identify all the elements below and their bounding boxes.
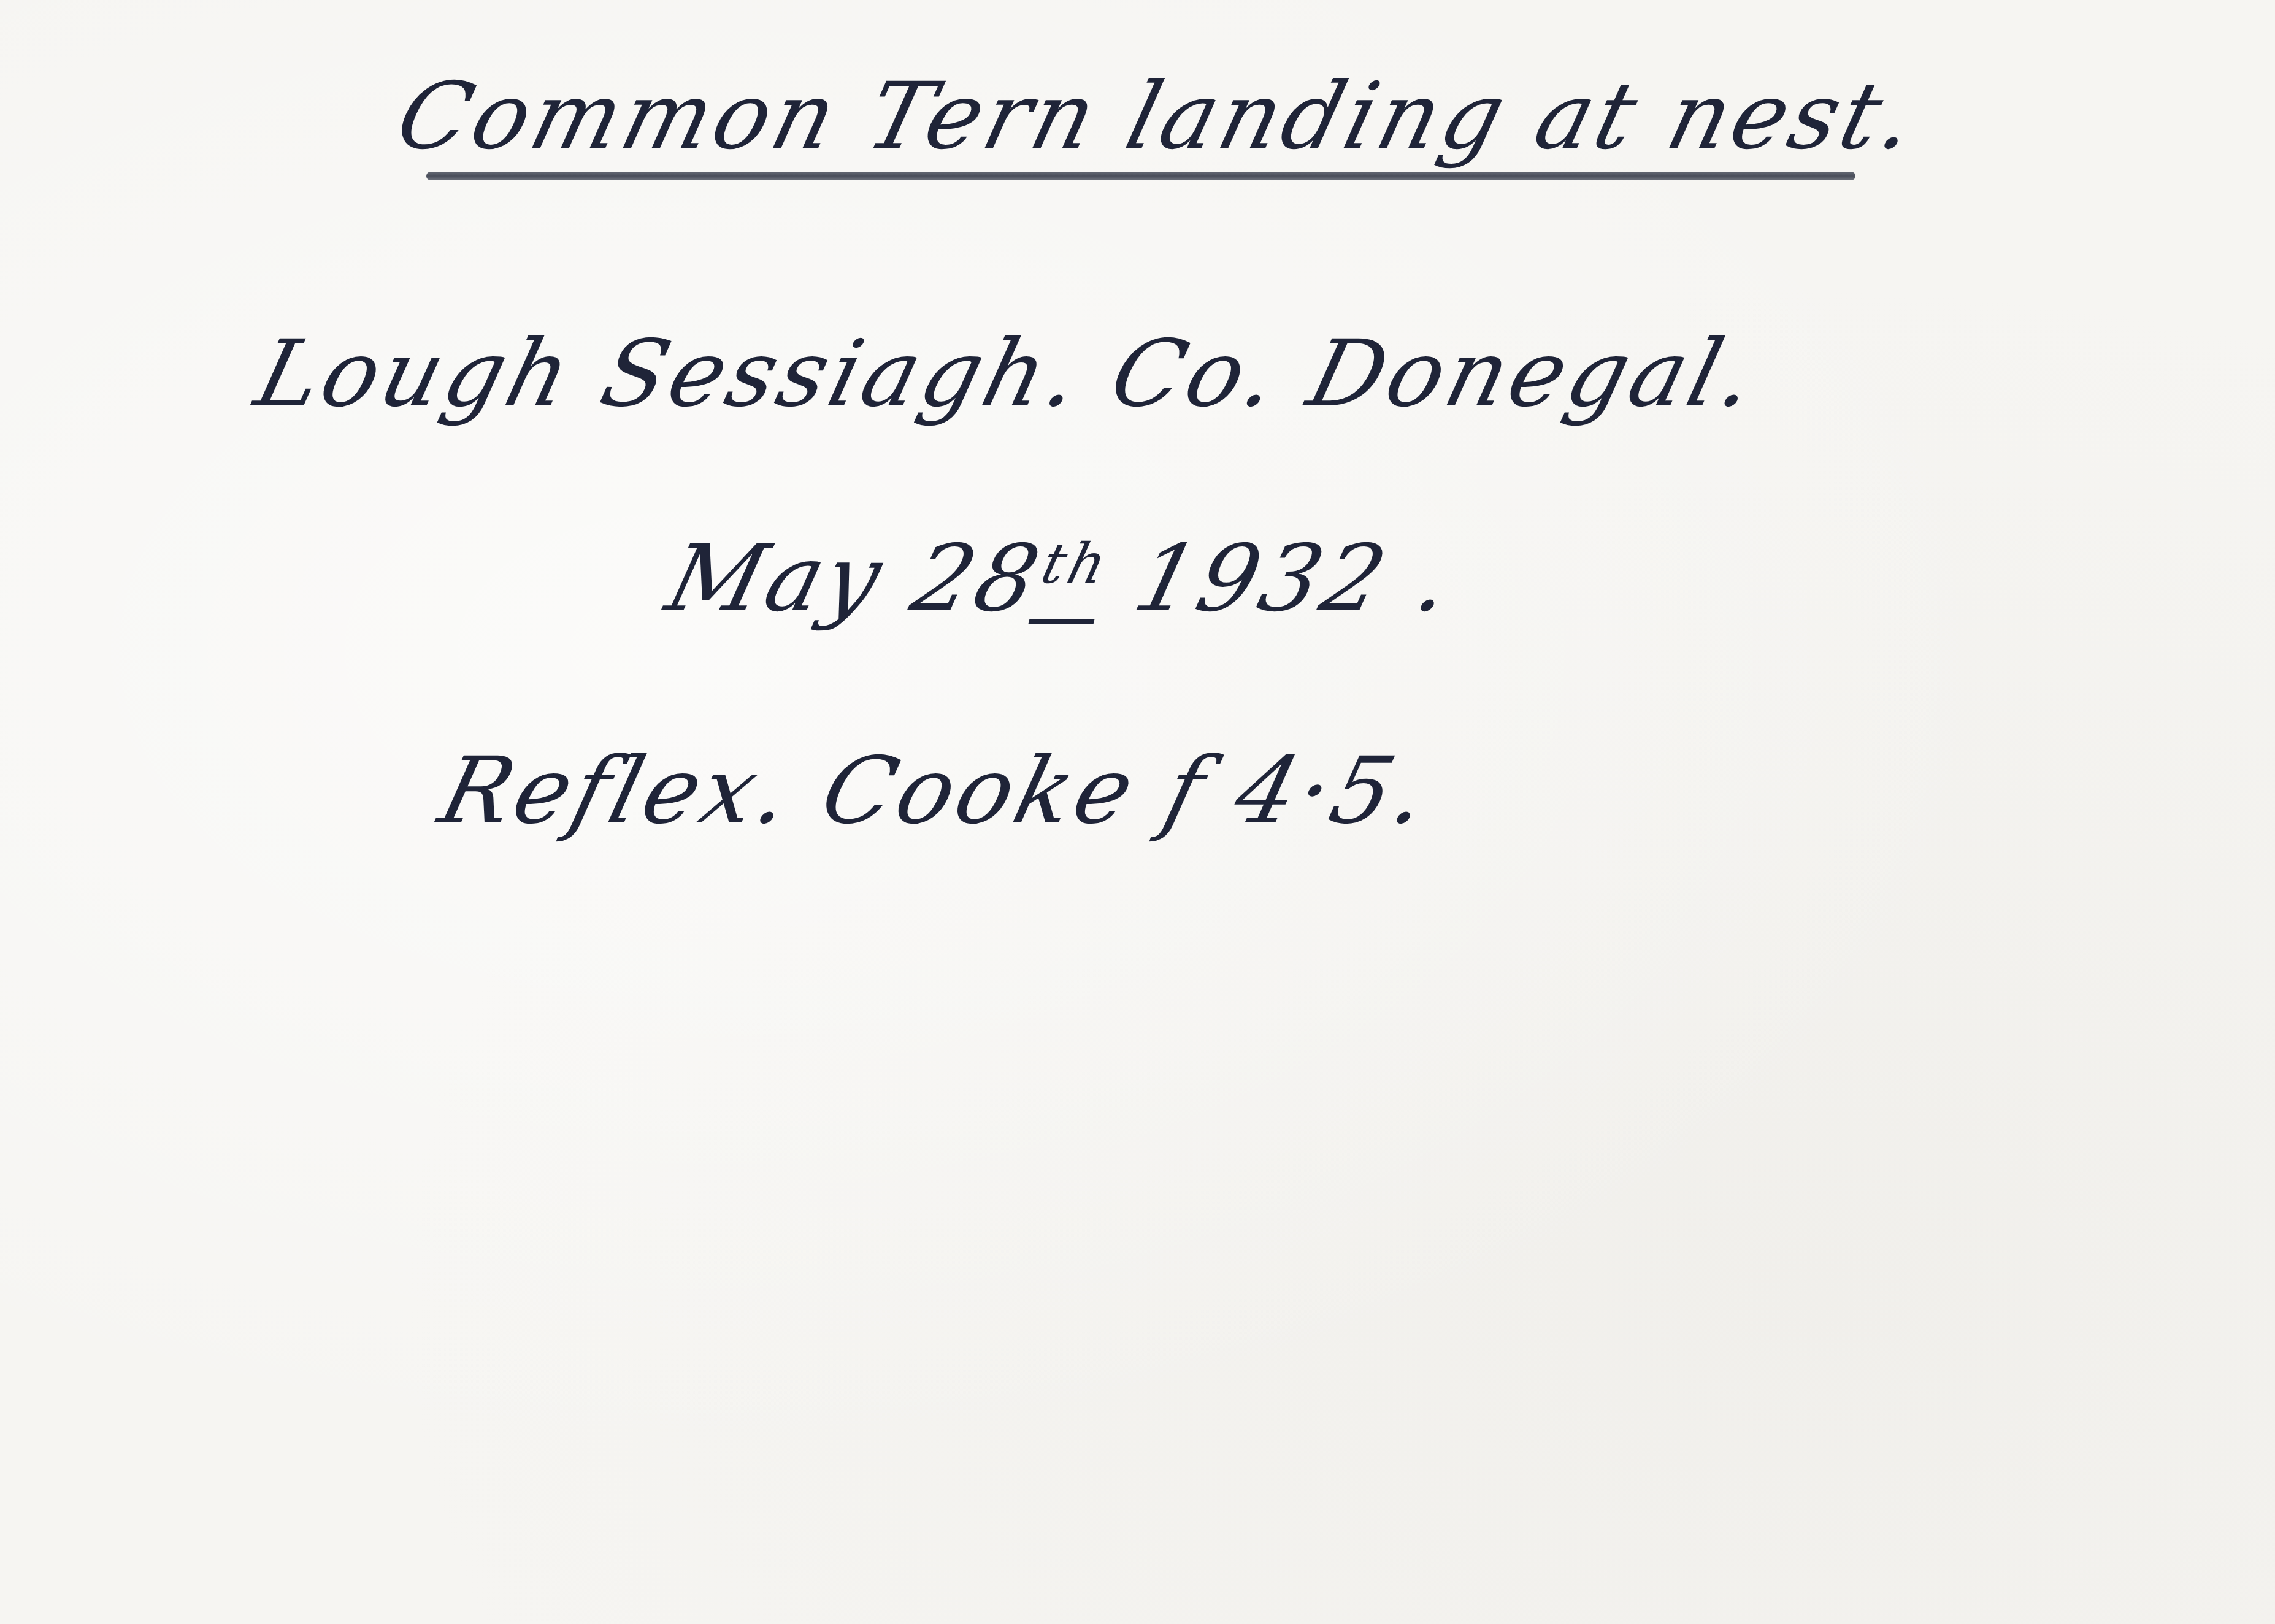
date-period: . — [1406, 526, 1465, 632]
date-line: May 28th 1932 . — [656, 509, 1470, 634]
date-month-day: May 28 — [657, 526, 1053, 632]
date-year: 1932 — [1124, 526, 1400, 632]
caption-title: Common Tern landing at nest. — [386, 61, 1930, 172]
title-underline — [426, 172, 1855, 180]
location-line: Lough Sessiagh. Co. Donegal. — [245, 319, 1770, 429]
camera-note: Reflex. Cooke f 4·5. — [429, 736, 1442, 846]
caption-card: Common Tern landing at nest. Lough Sessi… — [0, 0, 2275, 1624]
